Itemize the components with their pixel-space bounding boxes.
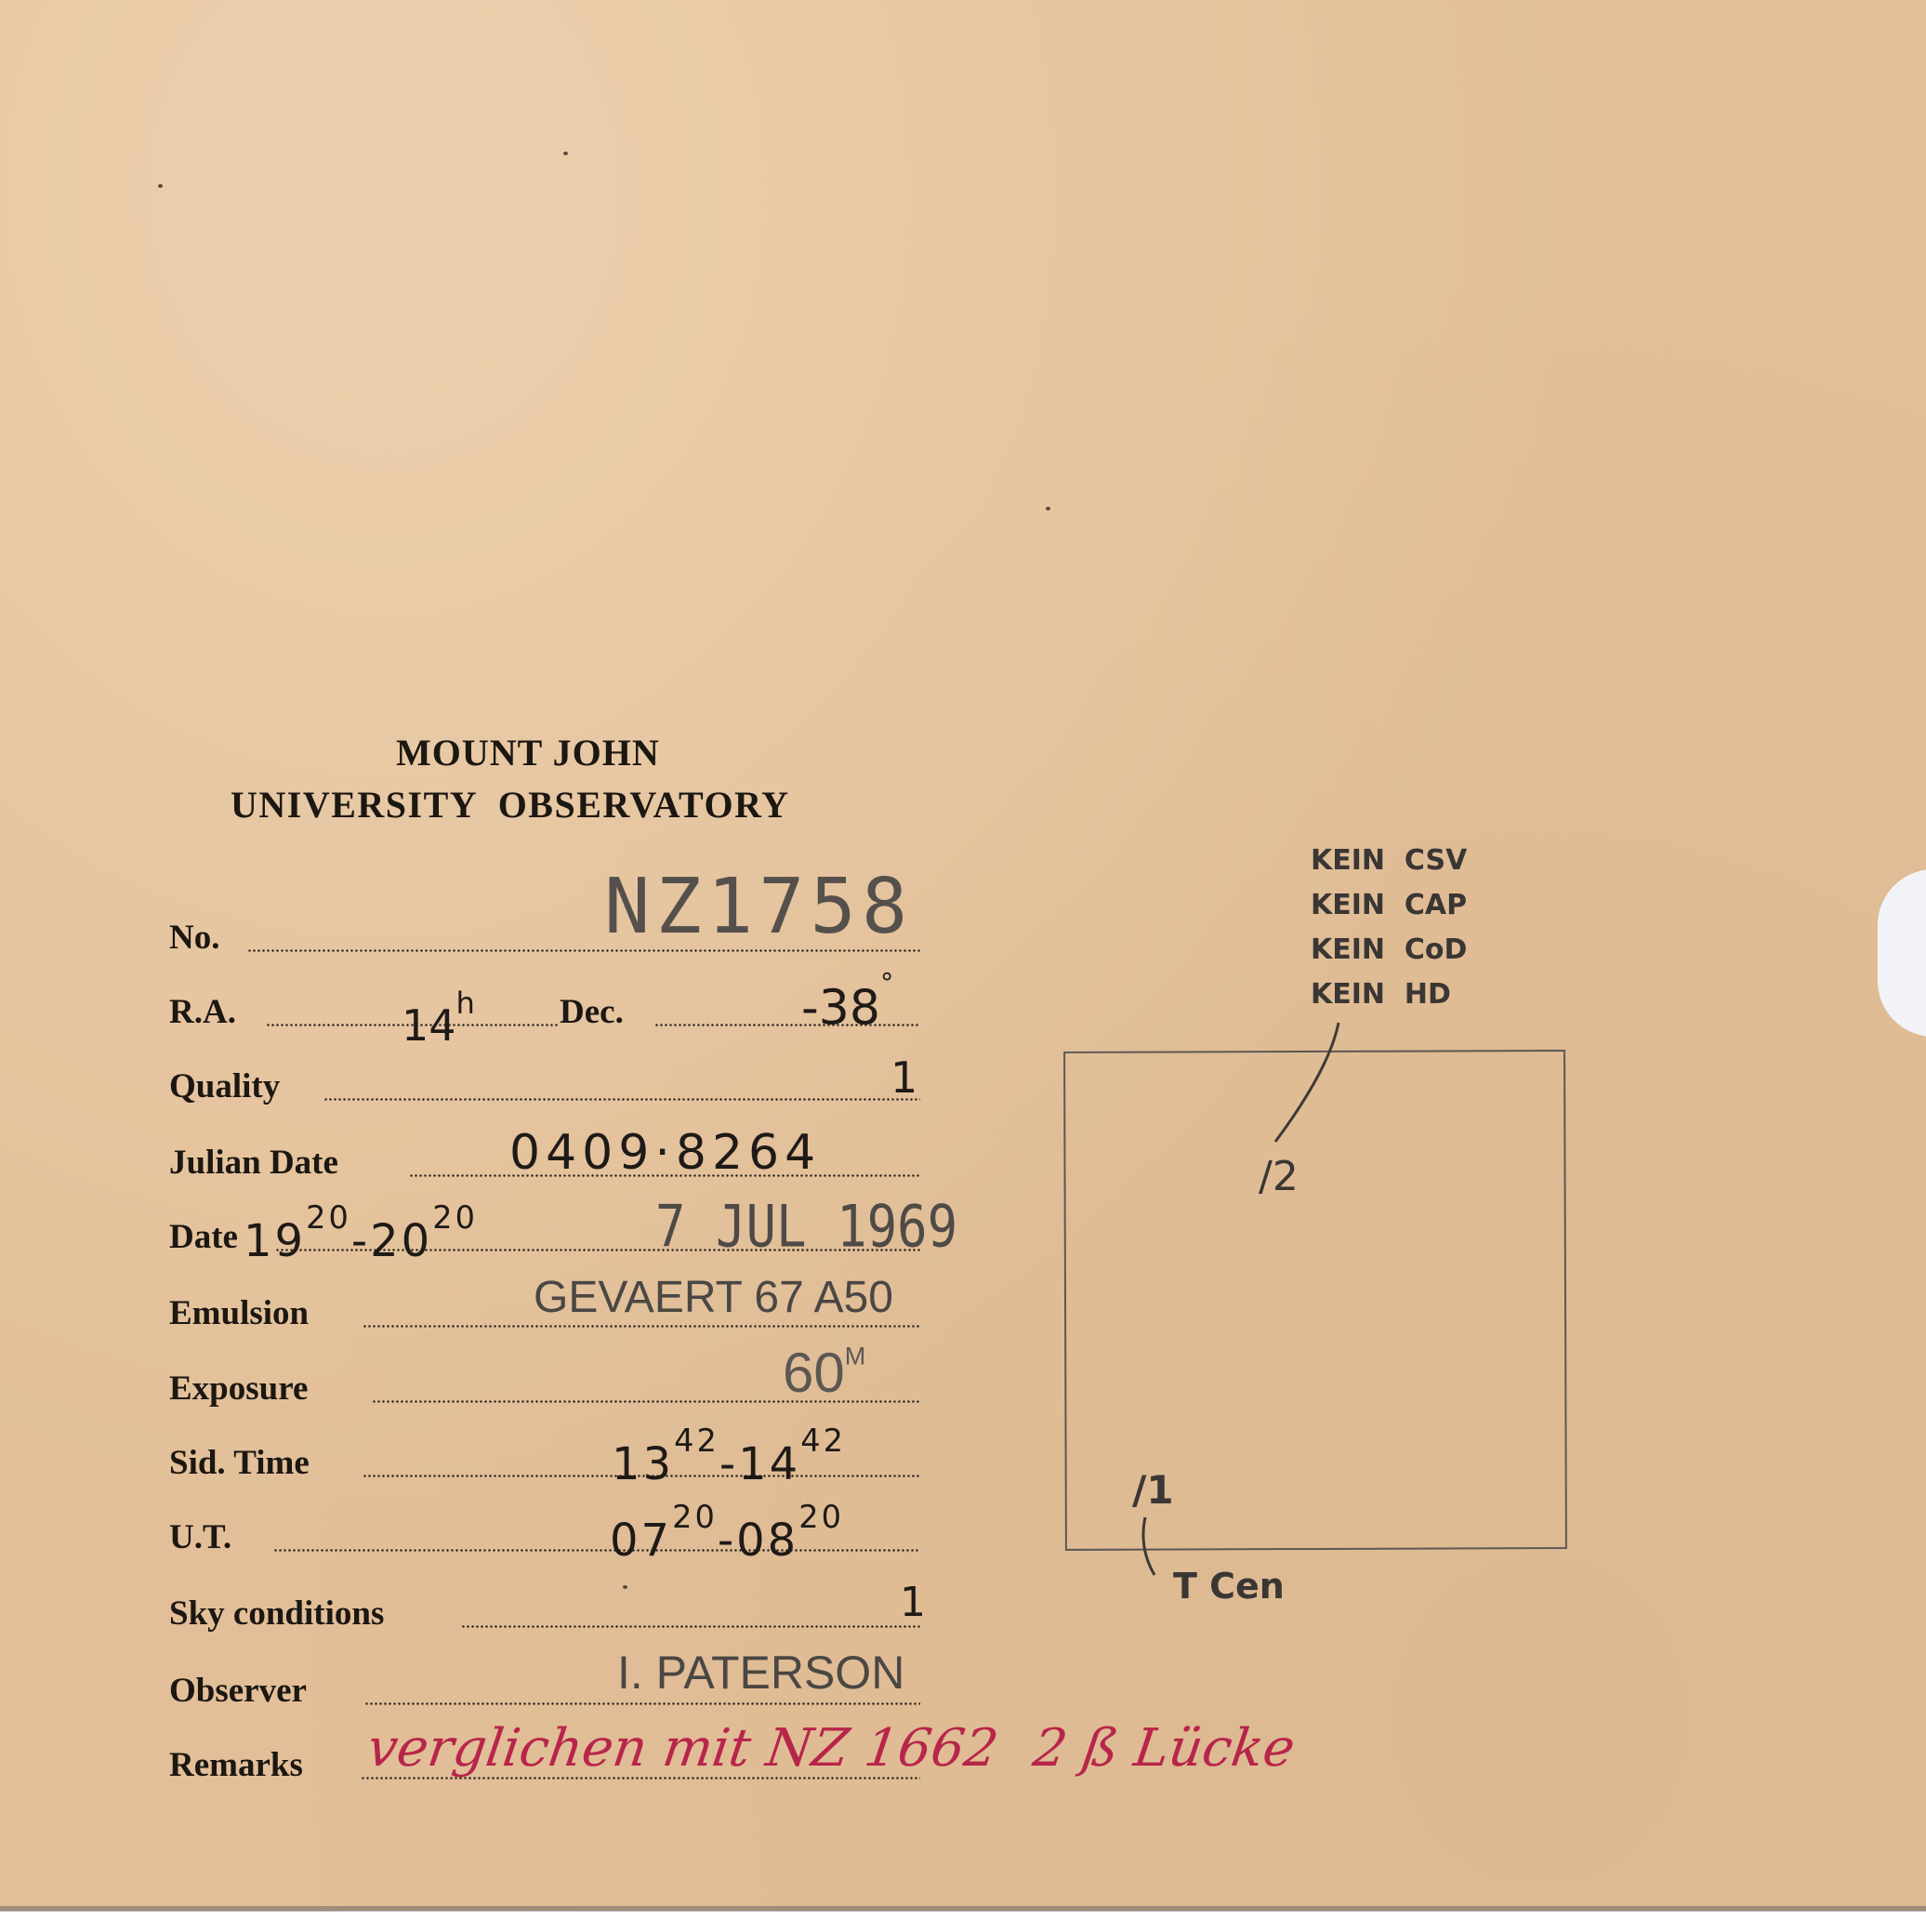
star-label: T Cen [1173,1566,1285,1607]
envelope-bottom-edge [0,1906,1926,1912]
box-label-2: /2 [1259,1153,1299,1200]
leader-line-2 [1275,1023,1339,1142]
pencil-leader-lines [0,0,1926,1911]
plate-envelope: MOUNT JOHN UNIVERSITY OBSERVATORY No. NZ… [0,0,1926,1911]
box-label-1: /1 [1132,1467,1174,1513]
leader-line-1 [1143,1517,1154,1575]
